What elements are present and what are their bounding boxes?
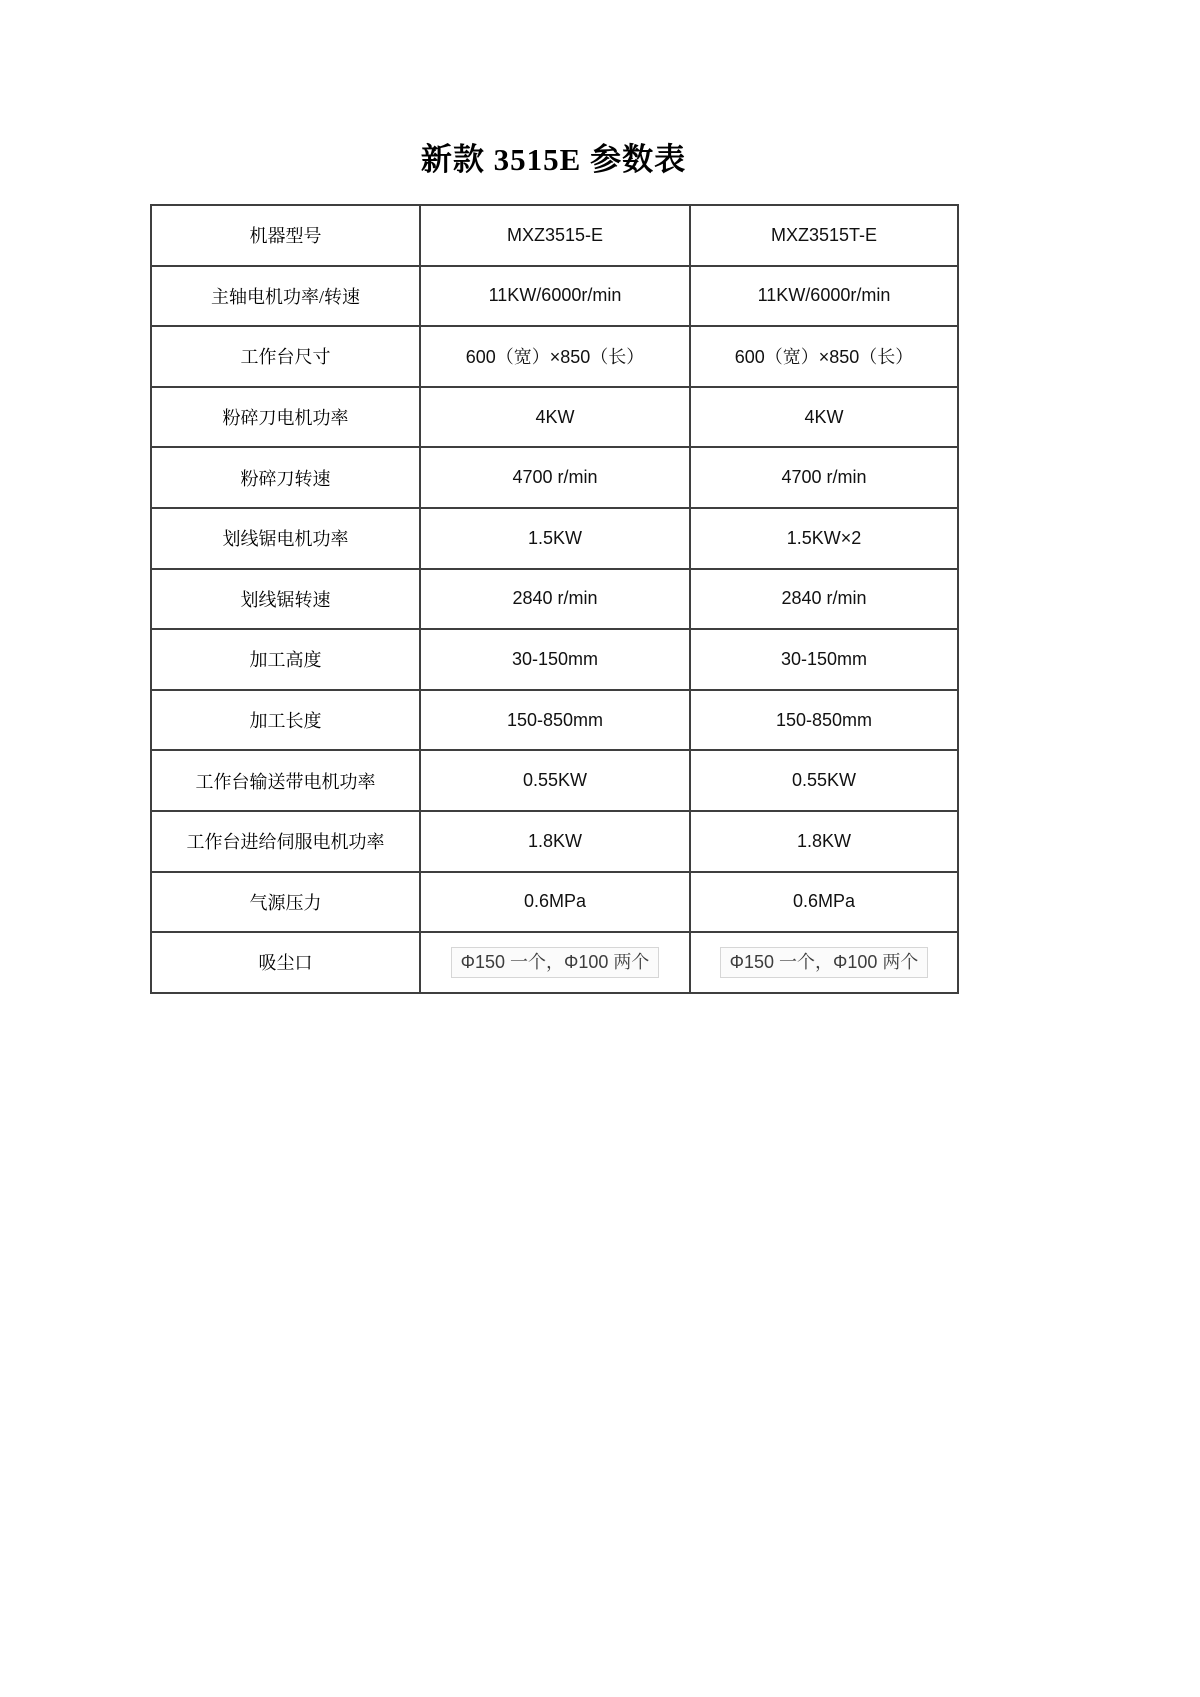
spec-table-body: 机器型号MXZ3515-EMXZ3515T-E主轴电机功率/转速11KW/600… [151, 205, 958, 993]
spec-value-cell: 0.55KW [690, 750, 958, 811]
spec-value-cell: 30-150mm [420, 629, 690, 690]
spec-label-cell: 机器型号 [151, 205, 420, 266]
title-container: 新款 3515E 参数表 [150, 134, 957, 179]
table-row: 机器型号MXZ3515-EMXZ3515T-E [151, 205, 958, 266]
spec-label-cell: 划线锯电机功率 [151, 508, 420, 569]
spec-value-cell: Φ150 一个，Φ100 两个 [420, 932, 690, 993]
spec-value-cell: 2840 r/min [690, 569, 958, 630]
table-row: 加工高度30-150mm30-150mm [151, 629, 958, 690]
spec-value-cell: 1.5KW [420, 508, 690, 569]
spec-label-cell: 吸尘口 [151, 932, 420, 993]
spec-table: 机器型号MXZ3515-EMXZ3515T-E主轴电机功率/转速11KW/600… [150, 204, 959, 994]
spec-value-cell: 4700 r/min [690, 447, 958, 508]
highlighted-value-box: Φ150 一个，Φ100 两个 [451, 947, 660, 978]
spec-value-cell: 11KW/6000r/min [690, 266, 958, 327]
spec-value-cell: Φ150 一个，Φ100 两个 [690, 932, 958, 993]
table-row: 粉碎刀转速4700 r/min4700 r/min [151, 447, 958, 508]
table-row: 工作台尺寸600（宽）×850（长）600（宽）×850（长） [151, 326, 958, 387]
spec-value-cell: 0.6MPa [690, 872, 958, 933]
spec-label-cell: 气源压力 [151, 872, 420, 933]
table-row: 工作台进给伺服电机功率1.8KW1.8KW [151, 811, 958, 872]
spec-label-cell: 工作台进给伺服电机功率 [151, 811, 420, 872]
spec-value-cell: 4KW [420, 387, 690, 448]
spec-value-cell: 1.8KW [690, 811, 958, 872]
table-row: 吸尘口Φ150 一个，Φ100 两个Φ150 一个，Φ100 两个 [151, 932, 958, 993]
spec-value-cell: 0.55KW [420, 750, 690, 811]
spec-label-cell: 划线锯转速 [151, 569, 420, 630]
spec-label-cell: 工作台输送带电机功率 [151, 750, 420, 811]
spec-label-cell: 主轴电机功率/转速 [151, 266, 420, 327]
spec-value-cell: 4700 r/min [420, 447, 690, 508]
table-row: 加工长度150-850mm150-850mm [151, 690, 958, 751]
spec-label-cell: 工作台尺寸 [151, 326, 420, 387]
spec-value-cell: 150-850mm [690, 690, 958, 751]
spec-label-cell: 加工高度 [151, 629, 420, 690]
spec-value-cell: 1.8KW [420, 811, 690, 872]
table-row: 划线锯转速2840 r/min2840 r/min [151, 569, 958, 630]
page-title: 新款 3515E 参数表 [150, 134, 957, 179]
table-row: 划线锯电机功率1.5KW1.5KW×2 [151, 508, 958, 569]
spec-value-cell: 600（宽）×850（长） [420, 326, 690, 387]
spec-value-cell: 0.6MPa [420, 872, 690, 933]
spec-value-cell: 150-850mm [420, 690, 690, 751]
document-page: 新款 3515E 参数表 机器型号MXZ3515-EMXZ3515T-E主轴电机… [0, 0, 1200, 1697]
table-row: 主轴电机功率/转速11KW/6000r/min11KW/6000r/min [151, 266, 958, 327]
spec-value-cell: 600（宽）×850（长） [690, 326, 958, 387]
spec-label-cell: 加工长度 [151, 690, 420, 751]
highlighted-value-box: Φ150 一个，Φ100 两个 [720, 947, 929, 978]
table-row: 工作台输送带电机功率0.55KW0.55KW [151, 750, 958, 811]
spec-label-cell: 粉碎刀转速 [151, 447, 420, 508]
table-row: 气源压力0.6MPa0.6MPa [151, 872, 958, 933]
spec-value-cell: 1.5KW×2 [690, 508, 958, 569]
table-row: 粉碎刀电机功率4KW4KW [151, 387, 958, 448]
spec-value-cell: 4KW [690, 387, 958, 448]
spec-value-cell: 30-150mm [690, 629, 958, 690]
spec-value-cell: 2840 r/min [420, 569, 690, 630]
spec-label-cell: 粉碎刀电机功率 [151, 387, 420, 448]
spec-value-cell: MXZ3515T-E [690, 205, 958, 266]
spec-value-cell: 11KW/6000r/min [420, 266, 690, 327]
spec-value-cell: MXZ3515-E [420, 205, 690, 266]
